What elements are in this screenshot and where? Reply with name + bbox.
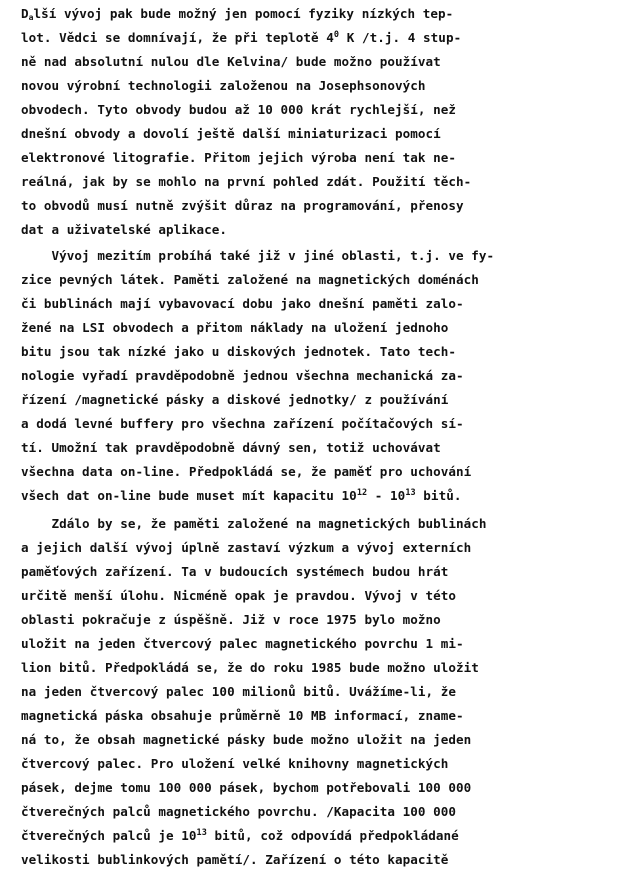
text-line: ně nad absolutní nulou dle Kelvina/ bude… [21, 55, 441, 69]
text-line: bitu jsou tak nízké jako u diskových jed… [21, 345, 456, 359]
text-line: čtvercový palec. Pro uložení velké kniho… [21, 757, 448, 771]
text-line: novou výrobní technologii založenou na J… [21, 79, 426, 93]
text-line: velikosti bublinkových pamětí/. Zařízení… [21, 853, 448, 867]
text-line: a jejich další vývoj úplně zastaví výzku… [21, 541, 471, 555]
text-line: dnešní obvody a dovolí ještě další minia… [21, 127, 441, 141]
text-line: určitě menší úlohu. Nicméně opak je prav… [21, 589, 456, 603]
text-line: obvodech. Tyto obvody budou až 10 000 kr… [21, 103, 456, 117]
text-line: žené na LSI obvodech a přitom náklady na… [21, 321, 448, 335]
text-line: oblasti pokračuje z úspěšně. Již v roce … [21, 613, 441, 627]
text-line: pásek, dejme tomu 100 000 pásek, bychom … [21, 781, 471, 795]
text-line: lion bitů. Předpokládá se, že do roku 19… [21, 661, 479, 675]
text-line: dat a uživatelské aplikace. [21, 223, 227, 237]
text-line: Další vývoj pak bude možný jen pomocí fy… [21, 7, 453, 25]
text-line: uložit na jeden čtvercový palec magnetic… [21, 637, 464, 651]
text-line: Zdálo by se, že paměti založené na magne… [21, 517, 487, 531]
text-line: čtverečných palců magnetického povrchu. … [21, 805, 456, 819]
text-line: ná to, že obsah magnetické pásky bude mo… [21, 733, 471, 747]
text-line: zice pevných látek. Paměti založené na m… [21, 273, 479, 287]
text-line: Vývoj mezitím probíhá také již v jiné ob… [21, 249, 494, 263]
text-line: elektronové litografie. Přitom jejich vý… [21, 151, 456, 165]
text-line: a dodá levné buffery pro všechna zařízen… [21, 417, 464, 431]
text-line: magnetická páska obsahuje průměrně 10 MB… [21, 709, 464, 723]
text-line: na jeden čtvercový palec 100 milionů bit… [21, 685, 456, 699]
text-line: čtverečných palců je 1013 bitů, což odpo… [21, 829, 459, 843]
text-line: paměťových zařízení. Ta v budoucích syst… [21, 565, 448, 579]
text-line: všechna data on-line. Předpokládá se, že… [21, 465, 471, 479]
text-line: řízení /magnetické pásky a diskové jedno… [21, 393, 448, 407]
text-line: lot. Vědci se domnívají, že při teplotě … [21, 31, 461, 45]
text-line: nologie vyřadí pravděpodobně jednou všec… [21, 369, 464, 383]
text-line: tí. Umožní tak pravděpodobně dávný sen, … [21, 441, 441, 455]
text-line: či bublinách mají vybavovací dobu jako d… [21, 297, 464, 311]
text-line: to obvodů musí nutně zvýšit důraz na pro… [21, 199, 464, 213]
typewritten-page: Další vývoj pak bude možný jen pomocí fy… [0, 0, 641, 873]
text-line: reálná, jak by se mohlo na první pohled … [21, 175, 471, 189]
text-line: všech dat on-line bude muset mít kapacit… [21, 489, 461, 503]
